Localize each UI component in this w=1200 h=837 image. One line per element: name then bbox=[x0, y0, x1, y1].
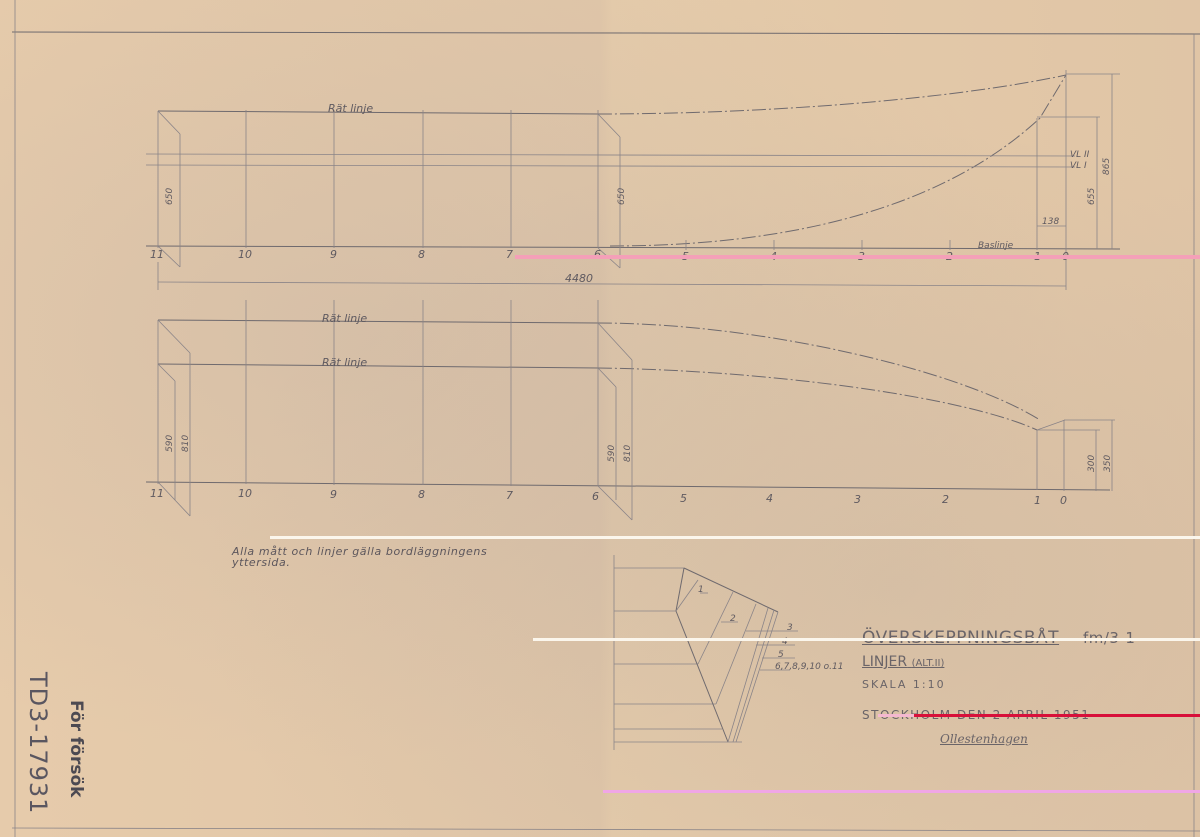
dim-inner-aft: 590 bbox=[165, 435, 175, 452]
station-label: 11 bbox=[150, 487, 164, 500]
station-label: 2 bbox=[942, 493, 949, 506]
dim-depth-mid: 650 bbox=[617, 188, 627, 205]
border-top bbox=[12, 32, 1200, 34]
dim-stem-outer: 350 bbox=[1103, 455, 1113, 472]
station-label: 10 bbox=[238, 248, 252, 261]
station-label: 6 bbox=[592, 490, 599, 503]
dim-overall-length: 4480 bbox=[565, 272, 593, 285]
scan-streak-red bbox=[914, 714, 1200, 717]
note-line-2: yttersida. bbox=[232, 557, 572, 568]
plan-line-lower-label: Rät linje bbox=[322, 356, 367, 369]
scan-streak-magenta bbox=[603, 790, 1200, 793]
body-station-label: 3 bbox=[787, 623, 793, 633]
plan-view: Rät linje Rät linje 590 810 590 810 300 … bbox=[146, 300, 1115, 520]
body-plan: 1 2 3 4 5 6,7,8,9,10 o.11 bbox=[614, 555, 843, 750]
drawing-variant: (ALT.II) bbox=[912, 658, 945, 669]
drawing-scale: SKALA 1:10 bbox=[862, 678, 1135, 691]
station-label: 9 bbox=[330, 248, 337, 261]
station-label: 4 bbox=[766, 492, 773, 505]
station-label: 7 bbox=[506, 489, 513, 502]
scan-streak-pink bbox=[515, 255, 1200, 259]
body-station-label: 1 bbox=[698, 585, 704, 595]
station-label: 0 bbox=[1060, 494, 1067, 507]
waterline-1-label: VL I bbox=[1070, 161, 1087, 171]
body-station-label: 5 bbox=[778, 650, 784, 660]
dim-stem-lower: 655 bbox=[1087, 188, 1097, 205]
station-label: 5 bbox=[680, 492, 687, 505]
title-block: ÖVERSKEPPNINGSBÅT fm/3-1 LINJER (ALT.II)… bbox=[862, 628, 1135, 746]
stamp-status: För försök bbox=[66, 700, 86, 797]
plan-line-upper-label: Rät linje bbox=[322, 312, 367, 325]
dim-stem-inner: 300 bbox=[1087, 455, 1097, 472]
baseline-label: Baslinje bbox=[978, 241, 1014, 251]
station-label: 8 bbox=[418, 248, 425, 261]
drawing-subtitle: LINJER bbox=[862, 654, 907, 670]
waterline-2-label: VL II bbox=[1070, 150, 1090, 160]
station-label: 10 bbox=[238, 487, 252, 500]
scan-streak-lightpink bbox=[878, 714, 914, 717]
general-note: Alla mått och linjer gälla bordläggninge… bbox=[232, 546, 572, 568]
dim-outer-aft: 810 bbox=[181, 435, 191, 452]
body-station-label: 2 bbox=[730, 614, 736, 624]
dim-depth-aft: 650 bbox=[165, 188, 175, 205]
scan-streak-white-1 bbox=[270, 536, 1200, 539]
station-label: 8 bbox=[418, 488, 425, 501]
station-label: 7 bbox=[506, 248, 513, 261]
sheer-label: Rät linje bbox=[328, 102, 373, 115]
dim-stem-height: 865 bbox=[1102, 158, 1112, 175]
dim-outer-mid: 810 bbox=[623, 445, 633, 462]
body-station-label: 6,7,8,9,10 o.11 bbox=[775, 662, 843, 672]
station-label: 3 bbox=[854, 493, 861, 506]
stamp-number: TD3-17931 bbox=[24, 672, 52, 814]
archive-stamp: För försök TD3-17931 bbox=[8, 700, 88, 820]
scan-streak-white-2 bbox=[533, 638, 1200, 641]
signature: Ollestenhagen bbox=[940, 732, 1135, 746]
dim-stem-offset: 138 bbox=[1042, 217, 1059, 227]
station-label: 11 bbox=[150, 248, 164, 261]
border-bottom bbox=[12, 828, 1200, 831]
station-label: 1 bbox=[1034, 494, 1041, 507]
dim-inner-mid: 590 bbox=[607, 445, 617, 462]
station-label: 9 bbox=[330, 488, 337, 501]
